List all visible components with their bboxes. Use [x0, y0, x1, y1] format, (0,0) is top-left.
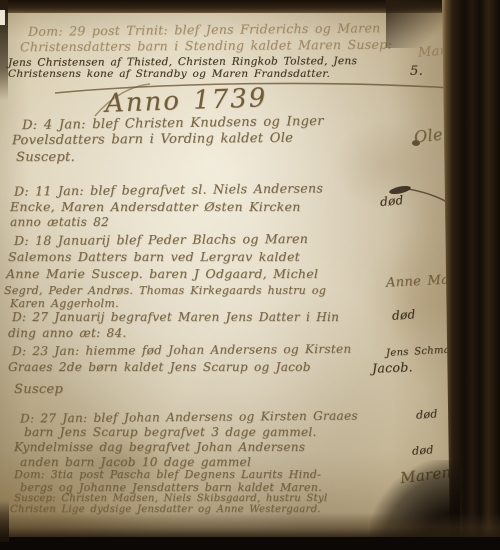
register-line: anno ætatis 82	[10, 215, 109, 229]
register-line: Karen Aggerholm.	[10, 297, 119, 310]
register-line: Povelsdatters barn i Vording kaldet Ole	[12, 131, 293, 148]
register-line: D: 23 Jan: hiemme fød Johan Andersens og…	[12, 342, 352, 358]
register-line: Segrd, Peder Andrøs. Thomas Kirkegaards …	[4, 284, 326, 297]
register-line: Suscep	[14, 382, 63, 397]
register-line: D: 18 Januarij blef Peder Blachs og Mare…	[14, 231, 308, 248]
margin-note: død	[392, 307, 416, 323]
margin-note: død	[416, 407, 438, 421]
register-line: D: 27 Jan: blef Johan Andersens og Kirst…	[20, 409, 358, 426]
margin-note: Ole	[413, 125, 443, 147]
register-line: barn Jens Scarup begrafvet 3 dage gammel…	[24, 425, 317, 439]
register-line: Anne Marie Suscep. baren J Odgaard, Mich…	[6, 266, 318, 281]
register-line: Encke, Maren Andersdatter Østen Kircken	[10, 199, 301, 214]
year-heading: Anno 1739	[105, 83, 268, 119]
register-line: Kyndelmisse dag begrafvet Johan Andersen…	[14, 440, 305, 454]
register-line: anden barn Jacob 10 dage gammel	[20, 455, 251, 469]
margin-note: Jacob.	[372, 359, 413, 375]
register-line: Christensdatters barn i Stending kaldet …	[20, 37, 392, 55]
page-number: 5.	[410, 64, 423, 79]
register-line: Graaes 2de børn kaldet Jens Scarup og Ja…	[8, 360, 311, 374]
register-line: Christensens kone af Strandby og Maren F…	[8, 68, 330, 80]
page-edge-notch	[0, 10, 5, 25]
book-edge-bottom	[0, 537, 500, 550]
register-line: Suscept.	[16, 150, 75, 165]
register-line: D: 27 Januarij begrafvet Maren Jens Datt…	[12, 310, 339, 324]
register-page-scan: Dom: 29 post Trinit: blef Jens Friderich…	[0, 0, 500, 550]
register-line: Jens Christensen af Thisted, Christen Ri…	[8, 55, 357, 69]
register-line: Salemons Datters barn ved Lergrav kaldet	[8, 249, 300, 264]
register-line: Dom: 3tia post Pascha blef Degnens Lauri…	[14, 468, 321, 481]
register-line: Suscep: Christen Madsen, Niels Skibsgaar…	[14, 493, 327, 504]
margin-note: død	[379, 193, 404, 209]
register-line: ding anno æt: 84.	[8, 326, 127, 340]
book-edge-bottom-shadow	[0, 513, 500, 537]
book-edge-left-bottom	[0, 500, 9, 542]
margin-note: død	[412, 443, 434, 457]
